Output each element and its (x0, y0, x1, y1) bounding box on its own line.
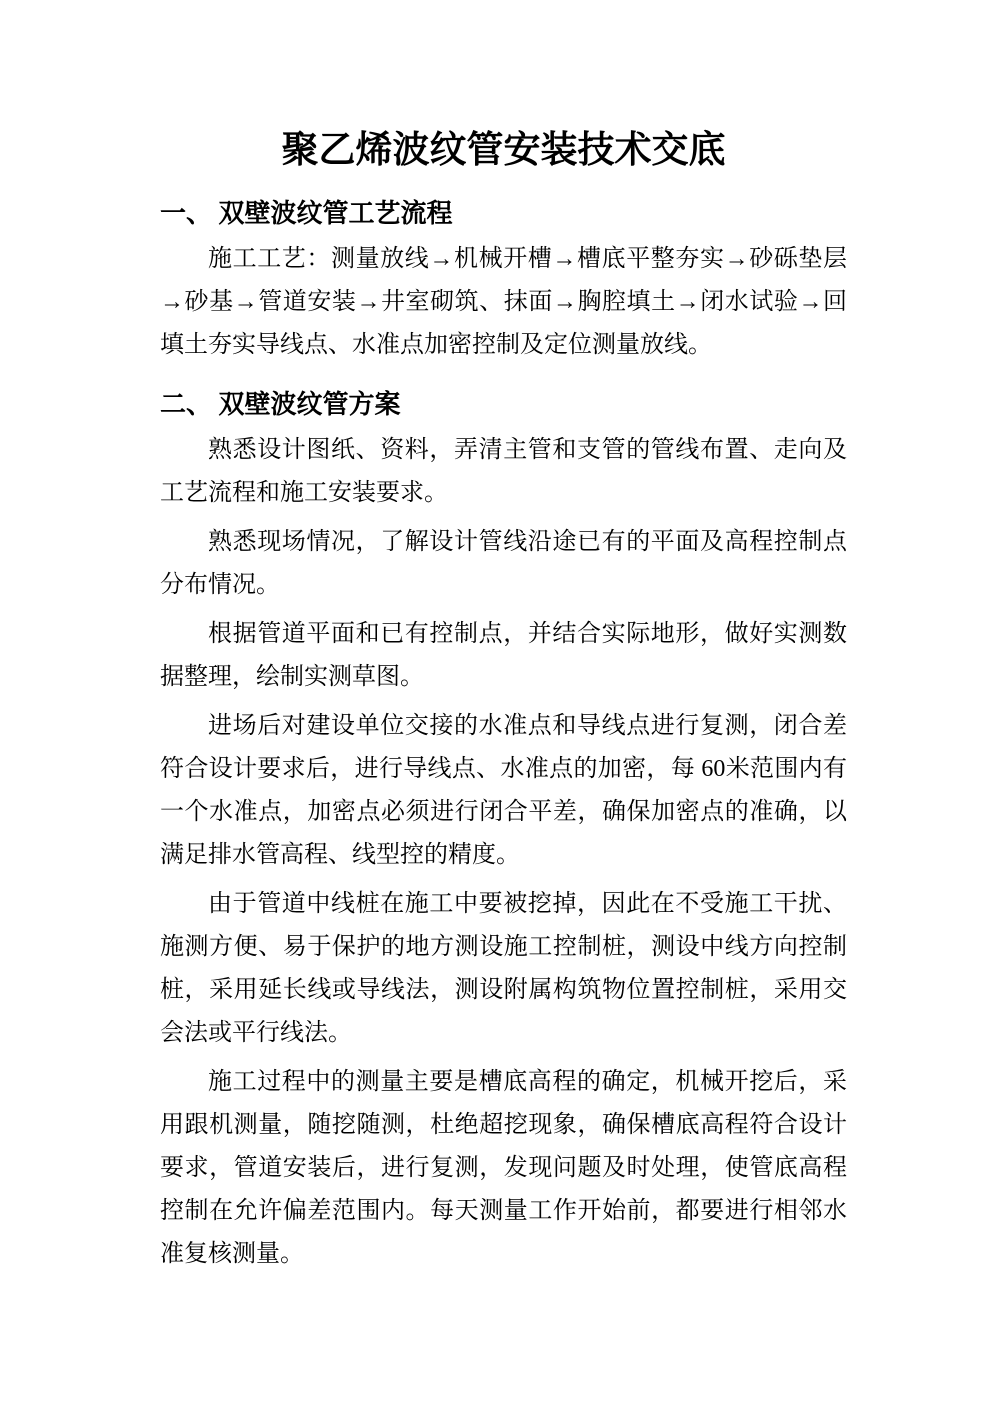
document-page: 聚乙烯波纹管安装技术交底 一、 双壁波纹管工艺流程 施工工艺：测量放线→机械开槽… (0, 0, 993, 1404)
section-heading-2: 二、 双壁波纹管方案 (160, 387, 847, 423)
paragraph-control-stakes: 由于管道中线桩在施工中要被挖掉，因此在不受施工干扰、施测方便、易于保护的地方测设… (160, 883, 847, 1055)
paragraph-benchmark-retest: 进场后对建设单位交接的水准点和导线点进行复测，闭合差符合设计要求后，进行导线点、… (160, 705, 847, 877)
paragraph-process-flow: 施工工艺：测量放线→机械开槽→槽底平整夯实→砂砾垫层→砂基→管道安装→井室砌筑、… (160, 238, 847, 367)
paragraph-site-conditions: 熟悉现场情况，了解设计管线沿途已有的平面及高程控制点分布情况。 (160, 521, 847, 607)
document-title: 聚乙烯波纹管安装技术交底 (160, 126, 847, 176)
section-heading-1: 一、 双壁波纹管工艺流程 (160, 196, 847, 232)
paragraph-design-drawings: 熟悉设计图纸、资料，弄清主管和支管的管线布置、走向及工艺流程和施工安装要求。 (160, 429, 847, 515)
paragraph-survey-sketch: 根据管道平面和已有控制点，并结合实际地形，做好实测数据整理，绘制实测草图。 (160, 613, 847, 699)
paragraph-trench-elevation: 施工过程中的测量主要是槽底高程的确定，机械开挖后，采用跟机测量，随挖随测，杜绝超… (160, 1061, 847, 1276)
